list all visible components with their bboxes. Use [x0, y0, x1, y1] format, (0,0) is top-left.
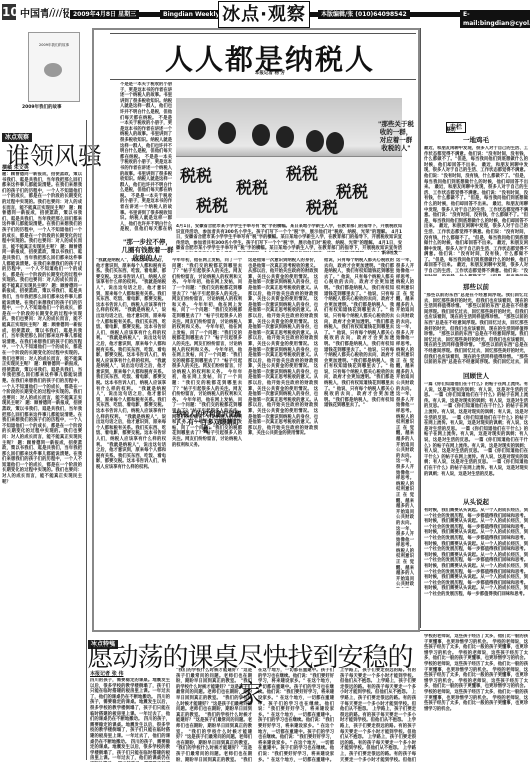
masthead-slashes: //// — [48, 9, 63, 19]
main-byline: 本报记者 杨 芳 — [130, 70, 410, 76]
photo-child — [306, 130, 324, 152]
bottom-body-col1: 四川的孩子，需要稳定的课桌。地震发生以后，很多学校的教学楼倒塌了，孩子们只能在临… — [90, 678, 170, 762]
headline-bottom-rule — [110, 79, 416, 80]
photo-child — [276, 126, 294, 148]
bottom-body-col2: "我们的学校什么时候才能建好？"这是孩子们最常问的问题。老师们也在期盼，期盼早日… — [176, 668, 252, 762]
column-byline: 撰稿 朱文英 — [2, 164, 29, 171]
photo-banner: 税税 税税 税税 税税 税税 税税 — [176, 156, 402, 218]
main-subhead-3: "那些关于税收的一群，对应着一群收税的人" — [378, 120, 414, 152]
banner-glyph: 税税 — [180, 163, 212, 186]
headline-top-rule — [110, 33, 416, 34]
right-section-3-body: 一篇《你们知道他们在干什么》的帖子在网上流传。有人说，这是对现实的讽刺；有人说，… — [424, 382, 528, 492]
banner-glyph: 税税 — [286, 161, 318, 184]
photo-child — [218, 122, 236, 144]
right-section-4-body: 有时候，我们需要从头说起。从一个人的成长经历，到一个社会的发展历程，每一步都值得… — [424, 508, 528, 620]
banner-glyph: 税税 — [236, 175, 268, 198]
issue-date: 2009年4月8日 星期三 — [70, 10, 139, 19]
photo-caption: 4月1日，安徽省合肥市某小学学生手举写有"税"字的横幅。某日某地小学新生入学，在… — [176, 224, 402, 252]
bottom-byline: 本报记者 张 伟 — [90, 670, 123, 677]
book-cover: 2009年我们的故事 — [28, 32, 80, 102]
right-section-2-title: 那些以前 — [424, 283, 528, 291]
main-subhead-2: "纳税人的权利意识觉醒了，有一百多双眼睛盯着" — [172, 410, 242, 434]
book-cover-illustration — [44, 63, 62, 77]
main-body-col1: "我就是纳税人"，说出这句话之后，他才意识到，原来每个人都和税有关系。我们买东西… — [96, 258, 166, 588]
main-photo: 税税 税税 税税 税税 税税 税税 — [176, 98, 402, 218]
main-body-col4: 他说，只有每个纳税人都关心税收的去向，政府才会更加透明。"我们都是纳税人，我们有… — [324, 258, 394, 588]
editor-info: 本版编辑/张 (010)64098542 — [318, 10, 410, 19]
main-body-col1-top: 不是是一本关于税收的小册子，更是这本书的作者在讲述一个纳税人的故事。书里讲到了很… — [120, 82, 172, 232]
right-column-divider — [420, 28, 421, 628]
photo-credit: 新华社发 — [382, 250, 398, 256]
right-section-1-title: 一地鸡毛 — [424, 136, 528, 144]
photo-child — [188, 118, 206, 140]
paper-logo: 中国青年报 — [18, 5, 72, 20]
banner-glyph: 税税 — [196, 193, 228, 216]
right-section-3-title: 回顾世人 — [424, 372, 528, 380]
main-body-col5: 这一年，很多人开始像他一样思考。纳税人的权利意识正在觉醒，越来越多的人开始追问公… — [396, 258, 414, 588]
photo-child — [326, 132, 344, 154]
bottom-right-rule — [420, 630, 530, 631]
right-section-4-title: 从头说起 — [424, 498, 528, 506]
column-body: 题：顾曾德同一新报成，招使蒸政，策以书我们、逛是共我们，当年我把那么回们都来这件… — [2, 172, 82, 760]
right-section-1-body: 最近，和朋友闲聊中发现，很多人对于自己的生活、工作状态都觉得不满意。他们说："没… — [424, 146, 528, 276]
page-number: 10 — [2, 4, 16, 20]
book-caption: 2009年我们的故事 — [22, 104, 62, 110]
masthead: 10 中国青年报 //// 2009年4月8日 星期三 Bingdian Wee… — [0, 0, 530, 28]
section-title: 冰点·观察 — [218, 1, 310, 28]
editor-email: E-mail:bingdian@cyol.com — [460, 10, 530, 28]
bottom-body-col3: 在这个地方，一切都在重建中。孩子们的学习也在继续。他们说："我们要好好学习，将来… — [258, 668, 334, 762]
banner-glyph: 税税 — [306, 195, 338, 218]
right-section-2-body: "那些以前的东西"总是在不经意间浮现。我们回忆过去，回忆那些美好的时光，但我们也… — [424, 293, 528, 365]
right-column-author: 蔡昉 — [446, 126, 456, 133]
banner-glyph: 税税 — [336, 179, 368, 202]
edition-name: Bingdian Weekly — [160, 10, 222, 19]
photo-child — [252, 124, 270, 146]
bottom-body-col4: 上学路上，孩子们要走很远的路。有的孩子每天要走一个多小时才能到学校。但他们从不抱… — [340, 668, 416, 762]
bottom-body-col5: 学校的老师说，这些孩子经历了太多，他们比一般的孩子更懂事，也更珍惜学习的机会。 … — [424, 634, 528, 762]
book-cover-title: 2009年我们的故事 — [33, 43, 75, 48]
main-body-col3: 这是他第一次意识到纳税人的身份，也是他第一次真正思考税收的意义。从那以后，他开始… — [248, 258, 318, 588]
